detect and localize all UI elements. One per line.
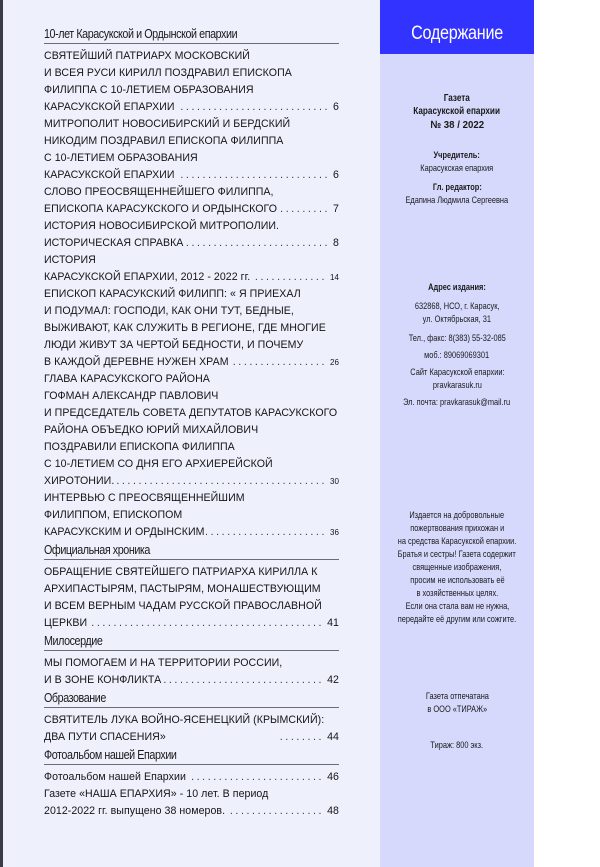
section-divider bbox=[44, 707, 339, 708]
dot-leader: ........................................… bbox=[185, 235, 330, 252]
toc-entry-line: 2012-2022 гг. выпущено 38 номеров. .....… bbox=[44, 803, 339, 820]
page-number: 46 bbox=[327, 769, 339, 786]
toc-entry[interactable]: ЕПИСКОП КАРАСУКСКИЙ ФИЛИПП: « Я ПРИЕХАЛИ… bbox=[44, 286, 339, 371]
dot-leader: ........ bbox=[168, 729, 324, 746]
editor-value: Едапина Людмила Сергеевна bbox=[406, 194, 509, 207]
toc-entry[interactable]: Газете «НАША ЕПАРХИЯ» - 10 лет. В период… bbox=[44, 786, 339, 820]
notice-line: в хозяйственных целях. bbox=[416, 587, 498, 600]
phone-fax: Тел., факс: 8(383) 55-32-085 bbox=[408, 332, 505, 345]
toc-entry[interactable]: ГЛАВА КАРАСУКСКОГО РАЙОНАГОФМАН АЛЕКСАНД… bbox=[44, 371, 339, 490]
toc-entry-line: КАРАСУКСКОЙ ЕПАРХИИ.....................… bbox=[44, 99, 339, 116]
toc-entry-line: МИТРОПОЛИТ НОВОСИБИРСКИЙ И БЕРДСКИЙ bbox=[44, 116, 339, 133]
toc-entry-line: ГОФМАН АЛЕКСАНДР ПАВЛОВИЧ bbox=[44, 388, 339, 405]
toc-entry-line: ФИЛИППОМ, ЕПИСКОПОМ bbox=[44, 507, 339, 524]
toc-entry-line: СВЯТЕЙШИЙ ПАТРИАРХ МОСКОВСКИЙ bbox=[44, 48, 339, 65]
toc-entry[interactable]: ИСТОРИЯ НОВОСИБИРСКОЙ МИТРОПОЛИИ.ИСТОРИЧ… bbox=[44, 218, 339, 252]
toc-entry-text: ИСТОРИЧЕСКАЯ СПРАВКА bbox=[44, 235, 183, 252]
section-divider bbox=[44, 764, 339, 765]
section-divider bbox=[44, 650, 339, 651]
contents-title: Содержание bbox=[411, 9, 503, 45]
toc-entry-text: КАРАСУКСКОЙ ЕПАРХИИ bbox=[44, 99, 175, 116]
toc-entry[interactable]: МИТРОПОЛИТ НОВОСИБИРСКИЙ И БЕРДСКИЙНИКОД… bbox=[44, 116, 339, 184]
toc-entry-line: ДВА ПУТИ СПАСЕНИЯ»........44 bbox=[44, 729, 339, 746]
toc-entry-text: ЕПИСКОПА КАРАСУКСКОГО И ОРДЫНСКОГО bbox=[44, 201, 277, 218]
toc-entry-line: В КАЖДОЙ ДЕРЕВНЕ НУЖЕН ХРАМ ............… bbox=[44, 354, 339, 371]
notice-line: священные изображения, bbox=[413, 561, 502, 574]
toc-entry-line: И ПРЕДСЕДАТЕЛЬ СОВЕТА ДЕПУТАТОВ КАРАСУКС… bbox=[44, 405, 339, 422]
dot-leader: ........................................… bbox=[227, 803, 324, 820]
publisher-contacts: Адрес издания: 632868, НСО, г. Карасук, … bbox=[380, 281, 534, 409]
toc-entry-line: И ПОДУМАЛ: ГОСПОДИ, КАК ОНИ ТУТ, БЕДНЫЕ, bbox=[44, 303, 339, 320]
dot-leader: ........................................… bbox=[116, 473, 327, 490]
toc-entry-line: И В ЗОНЕ КОНФЛИКТА......................… bbox=[44, 672, 339, 689]
page-number: 30 bbox=[330, 473, 339, 490]
toc-entry-line: ЕПИСКОП КАРАСУКСКИЙ ФИЛИПП: « Я ПРИЕХАЛ bbox=[44, 286, 339, 303]
toc-entry[interactable]: ИСТОРИЯКАРАСУКСКОЙ ЕПАРХИИ, 2012 - 2022 … bbox=[44, 252, 339, 286]
toc-entry[interactable]: ОБРАЩЕНИЕ СВЯТЕЙШЕГО ПАТРИАРХА КИРИЛЛА К… bbox=[44, 564, 339, 632]
toc-page: 10-лет Карасукской и Ордынской епархииСВ… bbox=[0, 0, 380, 867]
toc-entry-line: РАЙОНА ОБЪЕДКО ЮРИЙ МИХАЙЛОВИЧ bbox=[44, 422, 339, 439]
table-of-contents: 10-лет Карасукской и Ордынской епархииСВ… bbox=[44, 25, 339, 820]
notice-line: передайте её другим или сожгите. bbox=[398, 613, 516, 626]
founder-info: Учредитель: Карасукская епархия Гл. реда… bbox=[380, 149, 534, 207]
dot-leader: ........................................… bbox=[252, 269, 327, 286]
section-divider bbox=[44, 559, 339, 560]
toc-entry-line: ЕПИСКОПА КАРАСУКСКОГО И ОРДЫНСКОГО......… bbox=[44, 201, 339, 218]
dot-leader: ........................................… bbox=[188, 769, 324, 786]
section-header: Официальная хроника bbox=[44, 543, 298, 558]
issue-number: № 38 / 2022 bbox=[430, 119, 484, 132]
page-number: 48 bbox=[327, 803, 339, 820]
page-number: 44 bbox=[327, 729, 339, 746]
toc-entry-line: МЫ ПОМОГАЕМ И НА ТЕРРИТОРИИ РОССИИ, bbox=[44, 655, 339, 672]
founder-label: Учредитель: bbox=[434, 149, 480, 162]
toc-entry-text: И В ЗОНЕ КОНФЛИКТА bbox=[44, 672, 161, 689]
toc-entry-line: ВЫЖИВАЮТ, КАК СЛУЖИТЬ В РЕГИОНЕ, ГДЕ МНО… bbox=[44, 320, 339, 337]
section-header: 10-лет Карасукской и Ордынской епархии bbox=[44, 27, 298, 42]
page-number: 14 bbox=[330, 269, 339, 286]
printing-info: Газета отпечатана в ООО «ТИРАЖ» Тираж: 8… bbox=[380, 690, 534, 752]
notice-line: просим не использовать её bbox=[410, 574, 504, 587]
dot-leader: ........................................… bbox=[206, 524, 327, 541]
toc-entry-line: ИСТОРИЧЕСКАЯ СПРАВКА ...................… bbox=[44, 235, 339, 252]
toc-entry-line: КАРАСУКСКОЙ ЕПАРХИИ, 2012 - 2022 гг. ...… bbox=[44, 269, 339, 286]
dot-leader: ........................................… bbox=[89, 615, 324, 632]
notice-line: Братья и сестры! Газета содержит bbox=[398, 548, 516, 561]
paper-name: Карасукской епархии bbox=[414, 105, 501, 118]
page-number: 8 bbox=[333, 235, 339, 252]
toc-entry[interactable]: СЛОВО ПРЕОСВЯЩЕННЕЙШЕГО ФИЛИППА,ЕПИСКОПА… bbox=[44, 184, 339, 218]
address-label: Адрес издания: bbox=[428, 281, 486, 294]
paper-info: Газета Карасукской епархии № 38 / 2022 bbox=[380, 92, 534, 132]
toc-entry-text: КАРАСУКСКИМ И ОРДЫНСКИМ bbox=[44, 524, 204, 541]
toc-entry-line: С 10-ЛЕТИЕМ СО ДНЯ ЕГО АРХИЕРЕЙСКОЙ bbox=[44, 456, 339, 473]
donation-notice: Издается на добровольные пожертвования п… bbox=[380, 509, 534, 626]
toc-entry[interactable]: СВЯТИТЕЛЬ ЛУКА ВОЙНО-ЯСЕНЕЦКИЙ (КРЫМСКИЙ… bbox=[44, 712, 339, 746]
toc-entry-line: С 10-ЛЕТИЕМ ОБРАЗОВАНИЯ bbox=[44, 150, 339, 167]
page-number: 6 bbox=[333, 99, 339, 116]
toc-entry-line: СЛОВО ПРЕОСВЯЩЕННЕЙШЕГО ФИЛИППА, bbox=[44, 184, 339, 201]
dot-leader: ........................................… bbox=[279, 201, 330, 218]
notice-line: Если она стала вам не нужна, bbox=[405, 600, 509, 613]
email-link[interactable]: Эл. почта: pravkarasuk@mail.ru bbox=[403, 396, 510, 409]
notice-line: пожертвования прихожан и bbox=[410, 522, 504, 535]
toc-entry[interactable]: ИНТЕРВЬЮ С ПРЕОСВЯЩЕННЕЙШИМФИЛИППОМ, ЕПИ… bbox=[44, 490, 339, 541]
page-number: 26 bbox=[330, 354, 339, 371]
toc-entry-line: ПОЗДРАВИЛИ ЕПИСКОПА ФИЛИППА bbox=[44, 439, 339, 456]
toc-entry-line: КАРАСУКСКОЙ ЕПАРХИИ.....................… bbox=[44, 167, 339, 184]
toc-entry-line: НИКОДИМ ПОЗДРАВИЛ ЕПИСКОПА ФИЛИППА bbox=[44, 133, 339, 150]
section-header: Милосердие bbox=[44, 634, 298, 649]
notice-line: на средства Карасукской епархии. bbox=[398, 535, 517, 548]
toc-entry-text: Фотоальбом нашей Епархии bbox=[44, 769, 186, 786]
toc-entry-text: ДВА ПУТИ СПАСЕНИЯ» bbox=[44, 729, 166, 746]
masthead-sidebar: Содержание Газета Карасукской епархии № … bbox=[380, 0, 534, 867]
address-line-2: ул. Октябрьская, 31 bbox=[423, 313, 491, 326]
toc-entry-line: ЛЮДИ ЖИВУТ ЗА ЧЕРТОЙ БЕДНОСТИ, И ПОЧЕМУ bbox=[44, 337, 339, 354]
toc-entry-line: И ВСЕМ ВЕРНЫМ ЧАДАМ РУССКОЙ ПРАВОСЛАВНОЙ bbox=[44, 598, 339, 615]
dot-leader: ........................................… bbox=[231, 354, 327, 371]
page-number: 6 bbox=[333, 167, 339, 184]
founder-value: Карасукская епархия bbox=[421, 162, 494, 175]
page-number: 36 bbox=[330, 524, 339, 541]
dot-leader: ........................................… bbox=[163, 672, 324, 689]
toc-entry-line: АРХИПАСТЫРЯМ, ПАСТЫРЯМ, МОНАШЕСТВУЮЩИМ bbox=[44, 581, 339, 598]
toc-entry-text: КАРАСУКСКОЙ ЕПАРХИИ bbox=[44, 167, 175, 184]
mobile-phone: моб.: 89069069301 bbox=[425, 349, 490, 362]
editor-label: Гл. редактор: bbox=[433, 181, 482, 194]
toc-entry[interactable]: Фотоальбом нашей Епархии ...............… bbox=[44, 769, 339, 786]
page-number: 7 bbox=[333, 201, 339, 218]
address-line-1: 632868, НСО, г. Карасук, bbox=[415, 300, 500, 313]
notice-line: Издается на добровольные bbox=[410, 509, 505, 522]
sidebar-header: Содержание bbox=[380, 0, 534, 54]
toc-entry-line: И ВСЕЯ РУСИ КИРИЛЛ ПОЗДРАВИЛ ЕПИСКОПА bbox=[44, 65, 339, 82]
toc-entry[interactable]: СВЯТЕЙШИЙ ПАТРИАРХ МОСКОВСКИЙИ ВСЕЯ РУСИ… bbox=[44, 48, 339, 116]
dot-leader: ........................................… bbox=[177, 167, 330, 184]
toc-entry-text: 2012-2022 гг. выпущено 38 номеров. bbox=[44, 803, 225, 820]
toc-entry-line: ХИРОТОНИИ. .............................… bbox=[44, 473, 339, 490]
toc-entry-line: ИНТЕРВЬЮ С ПРЕОСВЯЩЕННЕЙШИМ bbox=[44, 490, 339, 507]
toc-entry-line: ОБРАЩЕНИЕ СВЯТЕЙШЕГО ПАТРИАРХА КИРИЛЛА К bbox=[44, 564, 339, 581]
section-header: Образование bbox=[44, 691, 298, 706]
dot-leader: ........................................… bbox=[177, 99, 330, 116]
toc-entry-line: Фотоальбом нашей Епархии ...............… bbox=[44, 769, 339, 786]
printed-line-1: Газета отпечатана bbox=[425, 690, 488, 703]
toc-entry-text: В КАЖДОЙ ДЕРЕВНЕ НУЖЕН ХРАМ bbox=[44, 354, 229, 371]
toc-entry-text: ХИРОТОНИИ. bbox=[44, 473, 114, 490]
toc-entry-line: СВЯТИТЕЛЬ ЛУКА ВОЙНО-ЯСЕНЕЦКИЙ (КРЫМСКИЙ… bbox=[44, 712, 339, 729]
toc-entry-line: ЦЕРКВИ..................................… bbox=[44, 615, 339, 632]
toc-entry[interactable]: МЫ ПОМОГАЕМ И НА ТЕРРИТОРИИ РОССИИ,И В З… bbox=[44, 655, 339, 689]
page-number: 41 bbox=[327, 615, 339, 632]
toc-entry-line: ИСТОРИЯ bbox=[44, 252, 339, 269]
toc-entry-line: Газете «НАША ЕПАРХИЯ» - 10 лет. В период bbox=[44, 786, 339, 803]
toc-entry-text: ЦЕРКВИ bbox=[44, 615, 87, 632]
toc-entry-line: ФИЛИППА С 10-ЛЕТИЕМ ОБРАЗОВАНИЯ bbox=[44, 82, 339, 99]
toc-entry-text: КАРАСУКСКОЙ ЕПАРХИИ, 2012 - 2022 гг. bbox=[44, 269, 250, 286]
section-divider bbox=[44, 43, 339, 44]
toc-entry-line: ИСТОРИЯ НОВОСИБИРСКОЙ МИТРОПОЛИИ. bbox=[44, 218, 339, 235]
section-header: Фотоальбом нашей Епархии bbox=[44, 748, 298, 763]
printed-line-2: в ООО «ТИРАЖ» bbox=[427, 703, 487, 716]
toc-entry-line: ГЛАВА КАРАСУКСКОГО РАЙОНА bbox=[44, 371, 339, 388]
site-link[interactable]: pravkarasuk.ru bbox=[432, 379, 481, 392]
toc-entry-line: КАРАСУКСКИМ И ОРДЫНСКИМ.................… bbox=[44, 524, 339, 541]
page-number: 42 bbox=[327, 672, 339, 689]
site-label: Сайт Карасукской епархии: bbox=[410, 366, 504, 379]
circulation: Тираж: 800 экз. bbox=[431, 739, 484, 752]
paper-label: Газета bbox=[444, 92, 470, 105]
